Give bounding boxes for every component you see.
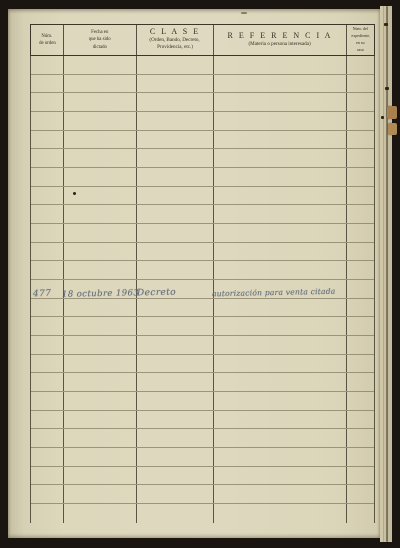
table-cell (213, 261, 346, 279)
table-cell (31, 355, 63, 373)
table-cell (346, 411, 374, 429)
table-row (31, 299, 374, 318)
table-cell (346, 429, 374, 447)
table-cell (136, 317, 213, 335)
table-cell (213, 168, 346, 186)
table-cell (31, 187, 63, 205)
header-referencia-title: R E F E R E N C I A (228, 32, 333, 41)
table-cell (136, 373, 213, 391)
table-cell (31, 485, 63, 503)
header-expediente-line4: caso (357, 48, 364, 53)
table-header-row: Núm. de orden Fecha en que ha sido dicta… (30, 24, 375, 56)
table-cell (136, 243, 213, 261)
table-cell (31, 448, 63, 466)
table-row (31, 448, 374, 467)
binding-stitch-mark (385, 87, 389, 90)
table-cell (346, 261, 374, 279)
table-cell (63, 93, 136, 111)
table-row (31, 373, 374, 392)
header-fecha-line2: que ha sido (89, 37, 111, 43)
table-cell (346, 392, 374, 410)
header-num-line1: Núm. (42, 33, 53, 39)
table-cell (213, 93, 346, 111)
table-cell (63, 243, 136, 261)
table-cell (213, 336, 346, 354)
table-cell (213, 112, 346, 130)
header-num-line2: de orden (39, 41, 56, 47)
table-row (31, 56, 374, 75)
table-cell (213, 56, 346, 74)
table-cell (31, 168, 63, 186)
table-row (31, 336, 374, 355)
table-cell (136, 336, 213, 354)
table-cell (136, 448, 213, 466)
table-row (31, 317, 374, 336)
table-cell (213, 317, 346, 335)
header-expediente-line1: Núm. del (353, 27, 368, 32)
table-cell (213, 149, 346, 167)
header-expediente-line2: expediente, (351, 34, 370, 39)
table-cell (136, 112, 213, 130)
table-cell (63, 299, 136, 317)
header-referencia-sub: (Materia o persona interesada) (249, 41, 311, 47)
table-row (31, 168, 374, 187)
table-cell (63, 504, 136, 523)
table-cell (63, 75, 136, 93)
register-table: Núm. de orden Fecha en que ha sido dicta… (30, 24, 375, 523)
table-cell (136, 149, 213, 167)
table-cell (31, 149, 63, 167)
table-cell (346, 205, 374, 223)
table-cell (136, 93, 213, 111)
table-cell (63, 56, 136, 74)
table-cell (213, 224, 346, 242)
table-cell (213, 131, 346, 149)
table-cell (63, 317, 136, 335)
table-cell (31, 504, 63, 523)
table-cell (213, 243, 346, 261)
table-cell (63, 261, 136, 279)
table-row (31, 392, 374, 411)
table-cell (63, 149, 136, 167)
table-row (31, 504, 374, 523)
table-cell (346, 373, 374, 391)
table-cell (346, 224, 374, 242)
table-cell (213, 299, 346, 317)
table-cell (213, 504, 346, 523)
table-cell (213, 411, 346, 429)
header-expediente: Núm. del expediente, en su caso (346, 25, 374, 55)
table-cell (31, 75, 63, 93)
header-expediente-line3: en su (356, 41, 365, 46)
table-cell (346, 75, 374, 93)
table-cell (136, 131, 213, 149)
table-cell (136, 224, 213, 242)
table-cell (63, 205, 136, 223)
table-cell (213, 205, 346, 223)
header-num: Núm. de orden (31, 25, 63, 55)
table-cell (346, 93, 374, 111)
table-row (31, 75, 374, 94)
table-cell (136, 504, 213, 523)
header-fecha: Fecha en que ha sido dictado (63, 25, 136, 55)
binding-stitch-mark (384, 23, 388, 26)
table-row (31, 149, 374, 168)
header-clase-title: C L A S E (150, 28, 200, 37)
table-cell (136, 56, 213, 74)
table-cell (63, 131, 136, 149)
scanned-ledger-page: Núm. de orden Fecha en que ha sido dicta… (0, 0, 400, 548)
table-cell (346, 168, 374, 186)
table-cell (31, 411, 63, 429)
table-cell (63, 168, 136, 186)
table-cell (31, 112, 63, 130)
table-cell (346, 485, 374, 503)
table-row (31, 467, 374, 486)
table-cell (346, 467, 374, 485)
table-cell (213, 485, 346, 503)
table-cell (63, 187, 136, 205)
table-cell (63, 448, 136, 466)
table-cell (213, 373, 346, 391)
table-cell (31, 467, 63, 485)
entry-date: 18 octubre 1963 (62, 288, 139, 300)
table-cell (136, 168, 213, 186)
table-cell (136, 299, 213, 317)
table-row (31, 243, 374, 262)
table-cell (346, 243, 374, 261)
page-marker-tab (387, 106, 397, 119)
table-cell (213, 448, 346, 466)
table-row (31, 411, 374, 430)
table-cell (63, 373, 136, 391)
table-cell (31, 429, 63, 447)
table-cell (31, 205, 63, 223)
table-cell (63, 355, 136, 373)
table-cell (63, 224, 136, 242)
table-cell (136, 411, 213, 429)
table-cell (213, 355, 346, 373)
table-cell (31, 392, 63, 410)
table-cell (63, 429, 136, 447)
header-fecha-line3: dictado (93, 45, 107, 51)
entry-order-number: 477 (33, 289, 52, 299)
table-cell (31, 336, 63, 354)
table-cell (213, 467, 346, 485)
table-cell (213, 187, 346, 205)
table-cell (346, 131, 374, 149)
table-cell (136, 485, 213, 503)
table-cell (136, 205, 213, 223)
paper-speck (241, 12, 247, 14)
page-marker-tab (388, 123, 397, 135)
table-cell (63, 467, 136, 485)
table-cell (31, 317, 63, 335)
table-cell (63, 411, 136, 429)
table-cell (63, 485, 136, 503)
table-cell (346, 336, 374, 354)
table-cell (346, 299, 374, 317)
ink-dot-artifact (73, 192, 76, 195)
table-cell (136, 429, 213, 447)
table-row (31, 485, 374, 504)
table-cell (31, 56, 63, 74)
table-cell (31, 131, 63, 149)
header-fecha-line1: Fecha en (91, 30, 108, 36)
table-cell (346, 504, 374, 523)
table-cell (136, 467, 213, 485)
table-row (31, 355, 374, 374)
table-cell (346, 112, 374, 130)
table-cell (346, 149, 374, 167)
table-cell (136, 392, 213, 410)
table-cell (31, 224, 63, 242)
table-cell (63, 336, 136, 354)
table-row (31, 93, 374, 112)
header-clase-sub1: (Orden, Bando, Decreto, (150, 38, 200, 44)
table-row (31, 224, 374, 243)
table-row (31, 261, 374, 280)
table-cell (213, 392, 346, 410)
table-cell (31, 373, 63, 391)
table-row (31, 205, 374, 224)
table-row (31, 187, 374, 206)
table-row (31, 131, 374, 150)
table-cell (213, 75, 346, 93)
table-cell (346, 448, 374, 466)
header-clase-sub2: Providencia, etc.) (157, 45, 193, 51)
table-cell (136, 187, 213, 205)
table-cell (346, 355, 374, 373)
table-cell (31, 299, 63, 317)
table-cell (346, 187, 374, 205)
table-cell (346, 280, 374, 298)
table-cell (346, 56, 374, 74)
table-cell (136, 355, 213, 373)
table-cell (213, 429, 346, 447)
table-row (31, 429, 374, 448)
table-cell (31, 261, 63, 279)
table-row (31, 112, 374, 131)
table-cell (136, 75, 213, 93)
entry-class: Decreto (137, 288, 176, 299)
table-cell (31, 93, 63, 111)
table-cell (346, 317, 374, 335)
binding-stitch-mark (381, 116, 384, 119)
table-cell (136, 261, 213, 279)
table-cell (63, 392, 136, 410)
table-cell (63, 112, 136, 130)
header-referencia: R E F E R E N C I A (Materia o persona i… (213, 25, 346, 55)
header-clase: C L A S E (Orden, Bando, Decreto, Provid… (136, 25, 213, 55)
table-cell (31, 243, 63, 261)
